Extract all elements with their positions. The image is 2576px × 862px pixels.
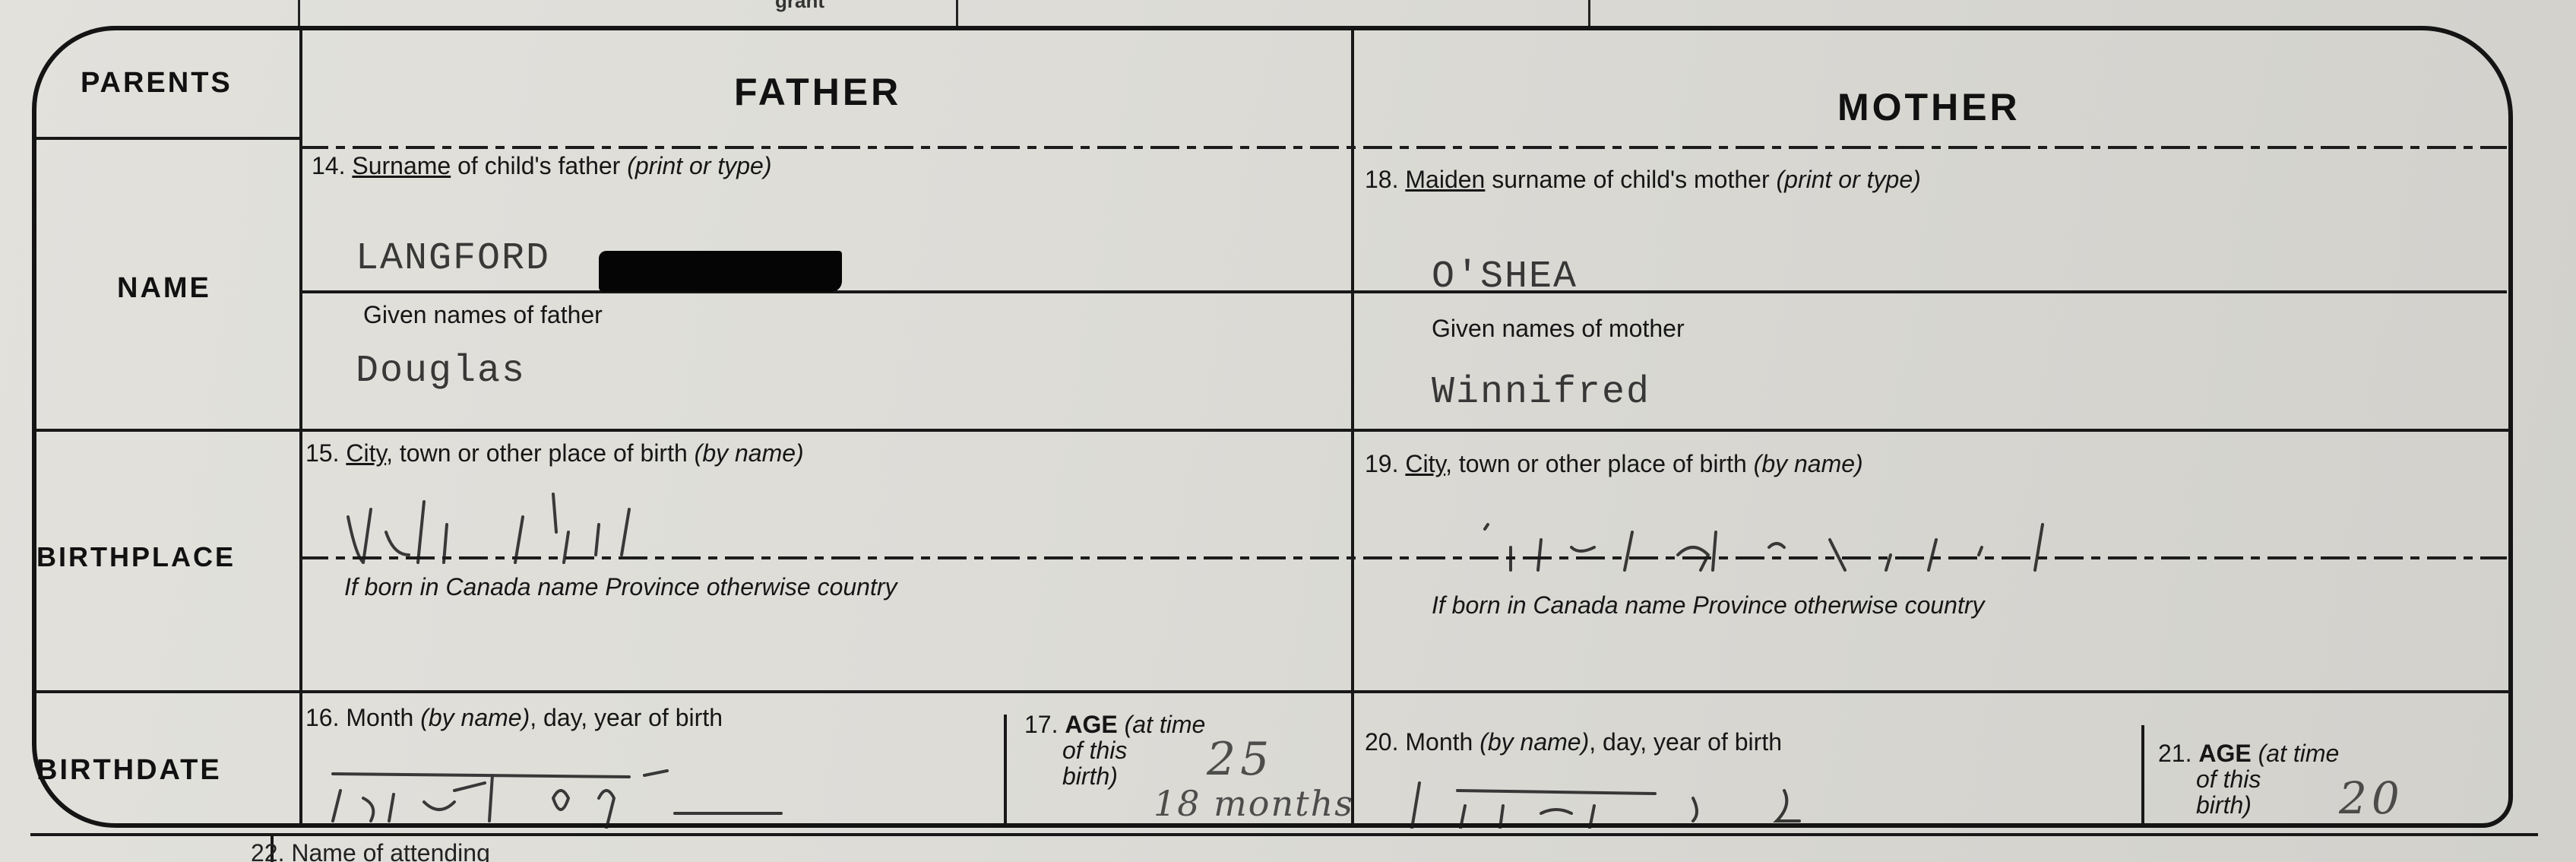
mother-age-value: 20: [2339, 772, 2404, 824]
father-age-label: 17. AGE (at time of this birth): [1024, 711, 1205, 789]
section-label-parents: PARENTS: [81, 67, 233, 100]
next-section-label: 22. Name of attending: [251, 839, 490, 862]
column-heading-father: FATHER: [734, 70, 901, 114]
father-surname-value: LANGFORD: [356, 237, 550, 280]
row-line: [36, 429, 2510, 432]
mother-given-names-label: Given names of mother: [1432, 315, 1685, 343]
father-birthdate-label: 16. Month (by name), day, year of birth: [305, 704, 723, 732]
father-birthdate-handwriting: [325, 760, 979, 829]
mother-birthdate-label: 20. Month (by name), day, year of birth: [1365, 728, 1782, 756]
mother-birthplace-handwriting: [1465, 502, 2377, 578]
father-mother-divider: [1351, 30, 1354, 825]
father-given-names-label: Given names of father: [363, 301, 603, 329]
next-section-border: [30, 833, 2538, 836]
mother-surname-value: O'SHEA: [1432, 255, 1578, 299]
father-age-divider: [1004, 715, 1007, 825]
column-heading-mother: MOTHER: [1837, 85, 2021, 129]
father-province-label: If born in Canada name Province otherwis…: [344, 573, 897, 601]
father-given-names-value: Douglas: [356, 350, 526, 393]
parents-form: PARENTS NAME BIRTHPLACE BIRTHDATE FATHER…: [32, 26, 2513, 828]
father-surname-label: 14. Surname of child's father (print or …: [312, 152, 772, 180]
mother-age-divider: [2141, 725, 2144, 825]
father-age-note: 18 months: [1154, 783, 1354, 824]
row-line: [299, 146, 2507, 149]
section-label-birthdate: BIRTHDATE: [36, 754, 222, 787]
mother-province-label: If born in Canada name Province otherwis…: [1432, 591, 1985, 620]
row-line: [36, 137, 299, 140]
mother-birthdate-handwriting: [1404, 775, 2126, 829]
document-page: grant PARENTS NAME BIRTHPLACE BIRTHDATE …: [0, 0, 2576, 862]
mother-given-names-value: Winnifred: [1432, 371, 1650, 414]
father-birthplace-label: 15. City, town or other place of birth (…: [305, 439, 804, 467]
label-column-divider: [299, 30, 302, 825]
mother-surname-label: 18. Maiden surname of child's mother (pr…: [1365, 166, 1921, 194]
row-line: [36, 690, 2510, 693]
mother-age-label: 21. AGE (at time of this birth): [2158, 740, 2339, 818]
cut-off-text: grant: [775, 0, 824, 13]
section-label-birthplace: BIRTHPLACE: [36, 541, 236, 573]
redaction-bar: [599, 251, 842, 292]
father-birthplace-handwriting: [340, 486, 766, 570]
section-label-name: NAME: [117, 272, 211, 305]
father-age-value: 25: [1207, 733, 1274, 786]
mother-birthplace-label: 19. City, town or other place of birth (…: [1365, 450, 1863, 478]
